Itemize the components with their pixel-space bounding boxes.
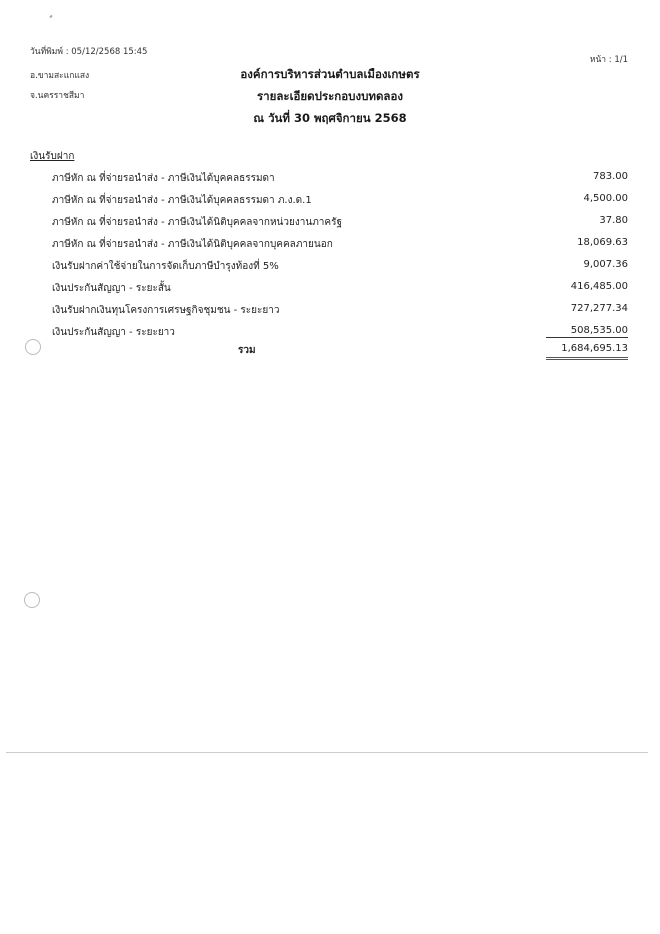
item-amount: 508,535.00 xyxy=(571,325,628,336)
printed-date: วันที่พิมพ์ : 05/12/2568 15:45 xyxy=(30,44,147,58)
total-double-underline-top xyxy=(546,357,628,358)
scan-speck xyxy=(49,15,52,19)
item-label: ภาษีหัก ณ ที่จ่ายรอนำส่ง - ภาษีเงินได้นิ… xyxy=(52,237,333,252)
item-label: เงินรับฝากเงินทุนโครงการเศรษฐกิจชุมชน - … xyxy=(52,303,280,318)
punch-hole-mark xyxy=(25,339,41,355)
item-amount: 416,485.00 xyxy=(571,281,628,292)
item-amount: 18,069.63 xyxy=(577,237,628,248)
item-amount: 37.80 xyxy=(599,215,628,226)
subtotal-underline xyxy=(546,337,628,338)
item-label: ภาษีหัก ณ ที่จ่ายรอนำส่ง - ภาษีเงินได้นิ… xyxy=(52,215,342,230)
item-label: เงินประกันสัญญา - ระยะสั้น xyxy=(52,281,171,296)
item-amount: 4,500.00 xyxy=(583,193,628,204)
report-title: รายละเอียดประกอบงบทดลอง xyxy=(0,88,660,106)
total-amount: 1,684,695.13 xyxy=(561,343,628,354)
item-amount: 783.00 xyxy=(593,171,628,182)
as-of-date: ณ วันที่ 30 พฤศจิกายน 2568 xyxy=(0,110,660,128)
total-label: รวม xyxy=(238,343,256,358)
page-number: หน้า : 1/1 xyxy=(590,52,628,66)
section-title: เงินรับฝาก xyxy=(30,149,74,164)
item-label: เงินประกันสัญญา - ระยะยาว xyxy=(52,325,175,340)
item-label: ภาษีหัก ณ ที่จ่ายรอนำส่ง - ภาษีเงินได้บุ… xyxy=(52,171,275,186)
total-double-underline-bottom xyxy=(546,359,628,360)
item-amount: 9,007.36 xyxy=(583,259,628,270)
item-label: ภาษีหัก ณ ที่จ่ายรอนำส่ง - ภาษีเงินได้บุ… xyxy=(52,193,312,208)
org-title: องค์การบริหารส่วนตำบลเมืองเกษตร xyxy=(0,66,660,84)
punch-hole-mark xyxy=(24,592,40,608)
item-label: เงินรับฝากค่าใช้จ่ายในการจัดเก็บภาษีบำรุ… xyxy=(52,259,279,274)
item-amount: 727,277.34 xyxy=(571,303,628,314)
page-fold-line xyxy=(6,752,648,753)
